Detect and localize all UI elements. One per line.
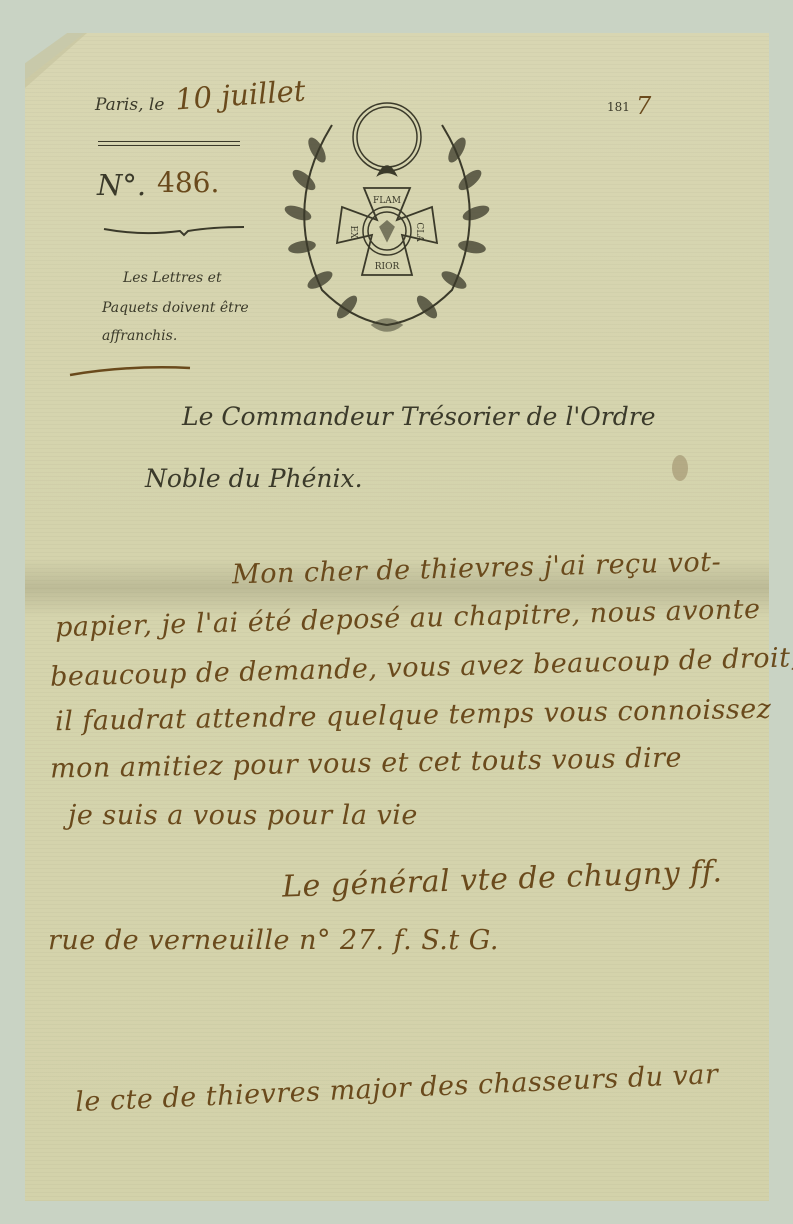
motto-right: CLA <box>414 222 424 242</box>
letterhead-title-line-2: Noble du Phénix. <box>145 464 363 493</box>
order-emblem-icon: FLAM RIOR EX CLA <box>262 95 512 350</box>
place-prefix: Paris, le <box>95 95 164 115</box>
notice-line-2: Paquets doivent être <box>102 300 249 316</box>
motto-bottom: RIOR <box>375 262 400 272</box>
date-underline-2 <box>98 145 240 146</box>
number-handwritten: 486. <box>157 166 219 199</box>
handwritten-flourish <box>68 362 193 378</box>
number-prefix: N°. <box>97 168 146 202</box>
year-handwritten: 7 <box>636 92 651 120</box>
ornamental-divider <box>102 224 247 238</box>
date-underline <box>98 141 240 142</box>
year-printed: 181 <box>607 100 630 114</box>
notice-line-1: Les Lettres et <box>123 270 222 286</box>
sender-address: rue de verneuille n° 27. f. S.t G. <box>48 925 499 956</box>
body-line-6: je suis a vous pour la vie <box>68 800 418 831</box>
motto-left: EX <box>348 226 358 240</box>
letterhead-title-line-1: Le Commandeur Trésorier de l'Ordre <box>182 402 656 431</box>
notice-line-3: affranchis. <box>102 328 177 344</box>
motto-top: FLAM <box>373 196 401 206</box>
paper-stain <box>672 455 688 481</box>
